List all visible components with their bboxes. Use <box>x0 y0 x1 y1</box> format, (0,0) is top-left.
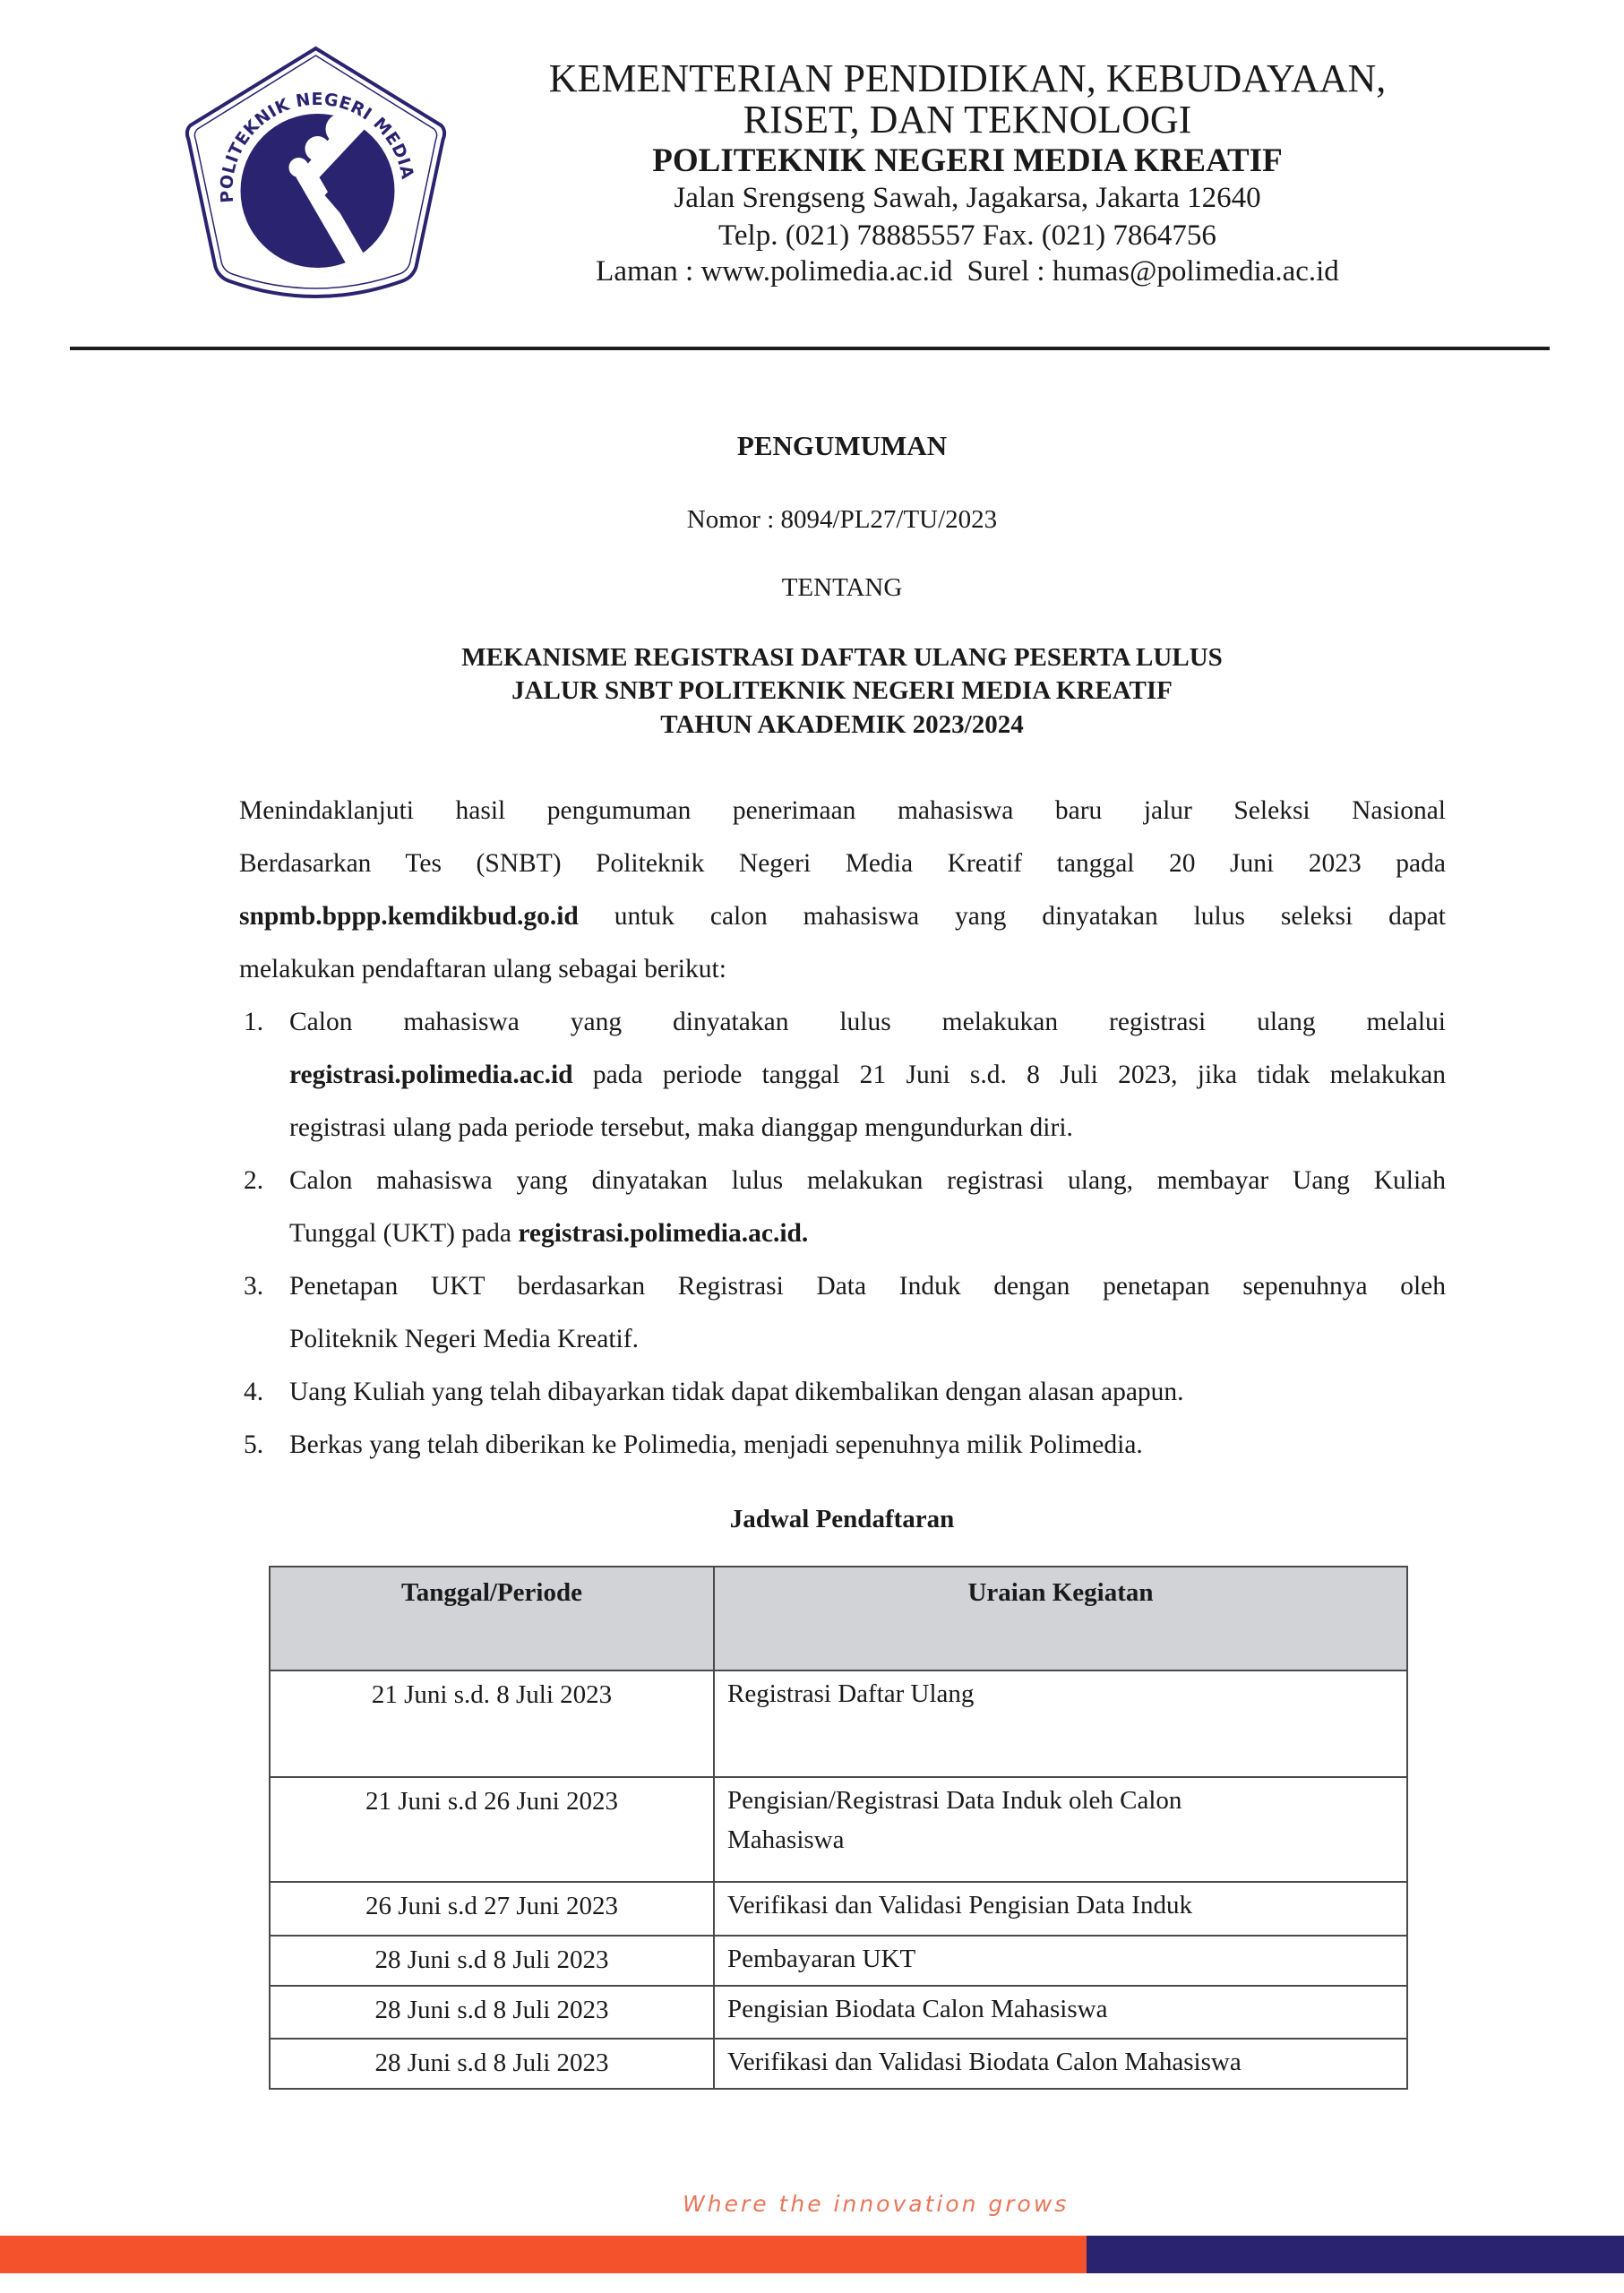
period-cell: 28 Juni s.d 8 Juli 2023 <box>270 2039 714 2089</box>
activity-line: Pembayaran UKT <box>727 1945 1406 1974</box>
activity-cell: Verifikasi dan Validasi Biodata Calon Ma… <box>714 2039 1407 2089</box>
intro-line: melakukan pendaftaran ulang sebagai beri… <box>239 943 1446 996</box>
requirements-list: 1. Calon mahasiswa yang dinyatakan lulus… <box>239 996 1446 1472</box>
schedule-title: Jadwal Pendaftaran <box>484 1507 1200 1533</box>
intro-line: Berdasarkan Tes (SNBT) Politeknik Negeri… <box>239 837 1446 890</box>
list-item: 4. Uang Kuliah yang telah dibayarkan tid… <box>239 1366 1446 1419</box>
list-item-number: 5. <box>244 1419 263 1472</box>
email-text: Surel : humas@polimedia.ac.id <box>967 255 1339 288</box>
list-item-number: 3. <box>244 1260 263 1313</box>
activity-line: Registrasi Daftar Ulang <box>727 1680 1406 1709</box>
table-row: 28 Juni s.d 8 Juli 2023Pembayaran UKT <box>270 1936 1407 1986</box>
ministry-name-line2: RISET, DAN TEKNOLOGI <box>484 100 1451 140</box>
activity-cell: Pengisian/Registrasi Data Induk oleh Cal… <box>714 1777 1407 1882</box>
registration-link-text: registrasi.polimedia.ac.id. <box>518 1219 808 1248</box>
period-cell: 28 Juni s.d 8 Juli 2023 <box>270 1986 714 2039</box>
list-item-number: 1. <box>244 996 263 1049</box>
table-row: 26 Juni s.d 27 Juni 2023Verifikasi dan V… <box>270 1882 1407 1936</box>
period-cell: 21 Juni s.d. 8 Juli 2023 <box>270 1670 714 1777</box>
list-item: 2. Calon mahasiswa yang dinyatakan lulus… <box>239 1155 1446 1260</box>
website-text: Laman : www.polimedia.ac.id <box>596 255 952 288</box>
activity-cell: Pembayaran UKT <box>714 1936 1407 1986</box>
intro-line: Menindaklanjuti hasil pengumuman penerim… <box>239 785 1446 837</box>
polimedia-logo-icon: POLITEKNIK NEGERI MEDIA KREATIF <box>179 43 452 312</box>
table-row: 28 Juni s.d 8 Juli 2023Verifikasi dan Va… <box>270 2039 1407 2089</box>
table-row: 21 Juni s.d. 8 Juli 2023Registrasi Dafta… <box>270 1670 1407 1777</box>
activity-line: Pengisian Biodata Calon Mahasiswa <box>727 1996 1406 2024</box>
column-header-period: Tanggal/Periode <box>270 1567 714 1670</box>
institution-contacts: Laman : www.polimedia.ac.idSurel : humas… <box>484 257 1451 287</box>
snpmb-link-text: snpmb.bppp.kemdikbud.go.id <box>239 902 579 931</box>
footer-bar-orange <box>0 2236 1087 2273</box>
activity-cell: Verifikasi dan Validasi Pengisian Data I… <box>714 1882 1407 1936</box>
document-about-label: TENTANG <box>484 575 1200 601</box>
activity-cell: Registrasi Daftar Ulang <box>714 1670 1407 1777</box>
document-subject-line: TAHUN AKADEMIK 2023/2024 <box>305 712 1379 738</box>
activity-cell: Pengisian Biodata Calon Mahasiswa <box>714 1986 1407 2039</box>
footer-bar-navy <box>1087 2236 1624 2273</box>
schedule-table: Tanggal/Periode Uraian Kegiatan 21 Juni … <box>269 1566 1408 2090</box>
table-row: 21 Juni s.d 26 Juni 2023Pengisian/Regist… <box>270 1777 1407 1882</box>
list-item: 5. Berkas yang telah diberikan ke Polime… <box>239 1419 1446 1472</box>
footer-tagline: Where the innovation grows <box>683 2191 1086 2217</box>
period-cell: 26 Juni s.d 27 Juni 2023 <box>270 1882 714 1936</box>
institution-phone-fax: Telp. (021) 78885557 Fax. (021) 7864756 <box>484 221 1451 251</box>
document-subject-line: JALUR SNBT POLITEKNIK NEGERI MEDIA KREAT… <box>305 678 1379 704</box>
institution-address: Jalan Srengseng Sawah, Jagakarsa, Jakart… <box>484 184 1451 213</box>
ministry-name-line1: KEMENTERIAN PENDIDIKAN, KEBUDAYAAN, <box>484 59 1451 99</box>
column-header-activity: Uraian Kegiatan <box>714 1567 1407 1670</box>
registration-link-text: registrasi.polimedia.ac.id <box>289 1061 573 1089</box>
list-item: 3. Penetapan UKT berdasarkan Registrasi … <box>239 1260 1446 1366</box>
intro-line: snpmb.bppp.kemdikbud.go.id untuk calon m… <box>239 890 1446 943</box>
letterhead-divider <box>70 347 1550 350</box>
list-item-number: 4. <box>244 1366 263 1419</box>
period-cell: 21 Juni s.d 26 Juni 2023 <box>270 1777 714 1882</box>
document-number: Nomor : 8094/PL27/TU/2023 <box>484 507 1200 533</box>
period-cell: 28 Juni s.d 8 Juli 2023 <box>270 1936 714 1986</box>
table-header-row: Tanggal/Periode Uraian Kegiatan <box>270 1567 1407 1670</box>
list-item: 1. Calon mahasiswa yang dinyatakan lulus… <box>239 996 1446 1155</box>
document-subject-line: MEKANISME REGISTRASI DAFTAR ULANG PESERT… <box>305 645 1379 671</box>
activity-line: Verifikasi dan Validasi Biodata Calon Ma… <box>727 2048 1406 2077</box>
document-heading: PENGUMUMAN <box>484 432 1200 459</box>
activity-line: Verifikasi dan Validasi Pengisian Data I… <box>727 1892 1406 1920</box>
institution-name: POLITEKNIK NEGERI MEDIA KREATIF <box>484 144 1451 177</box>
intro-paragraph: Menindaklanjuti hasil pengumuman penerim… <box>239 785 1446 996</box>
table-row: 28 Juni s.d 8 Juli 2023Pengisian Biodata… <box>270 1986 1407 2039</box>
list-item-number: 2. <box>244 1155 263 1207</box>
